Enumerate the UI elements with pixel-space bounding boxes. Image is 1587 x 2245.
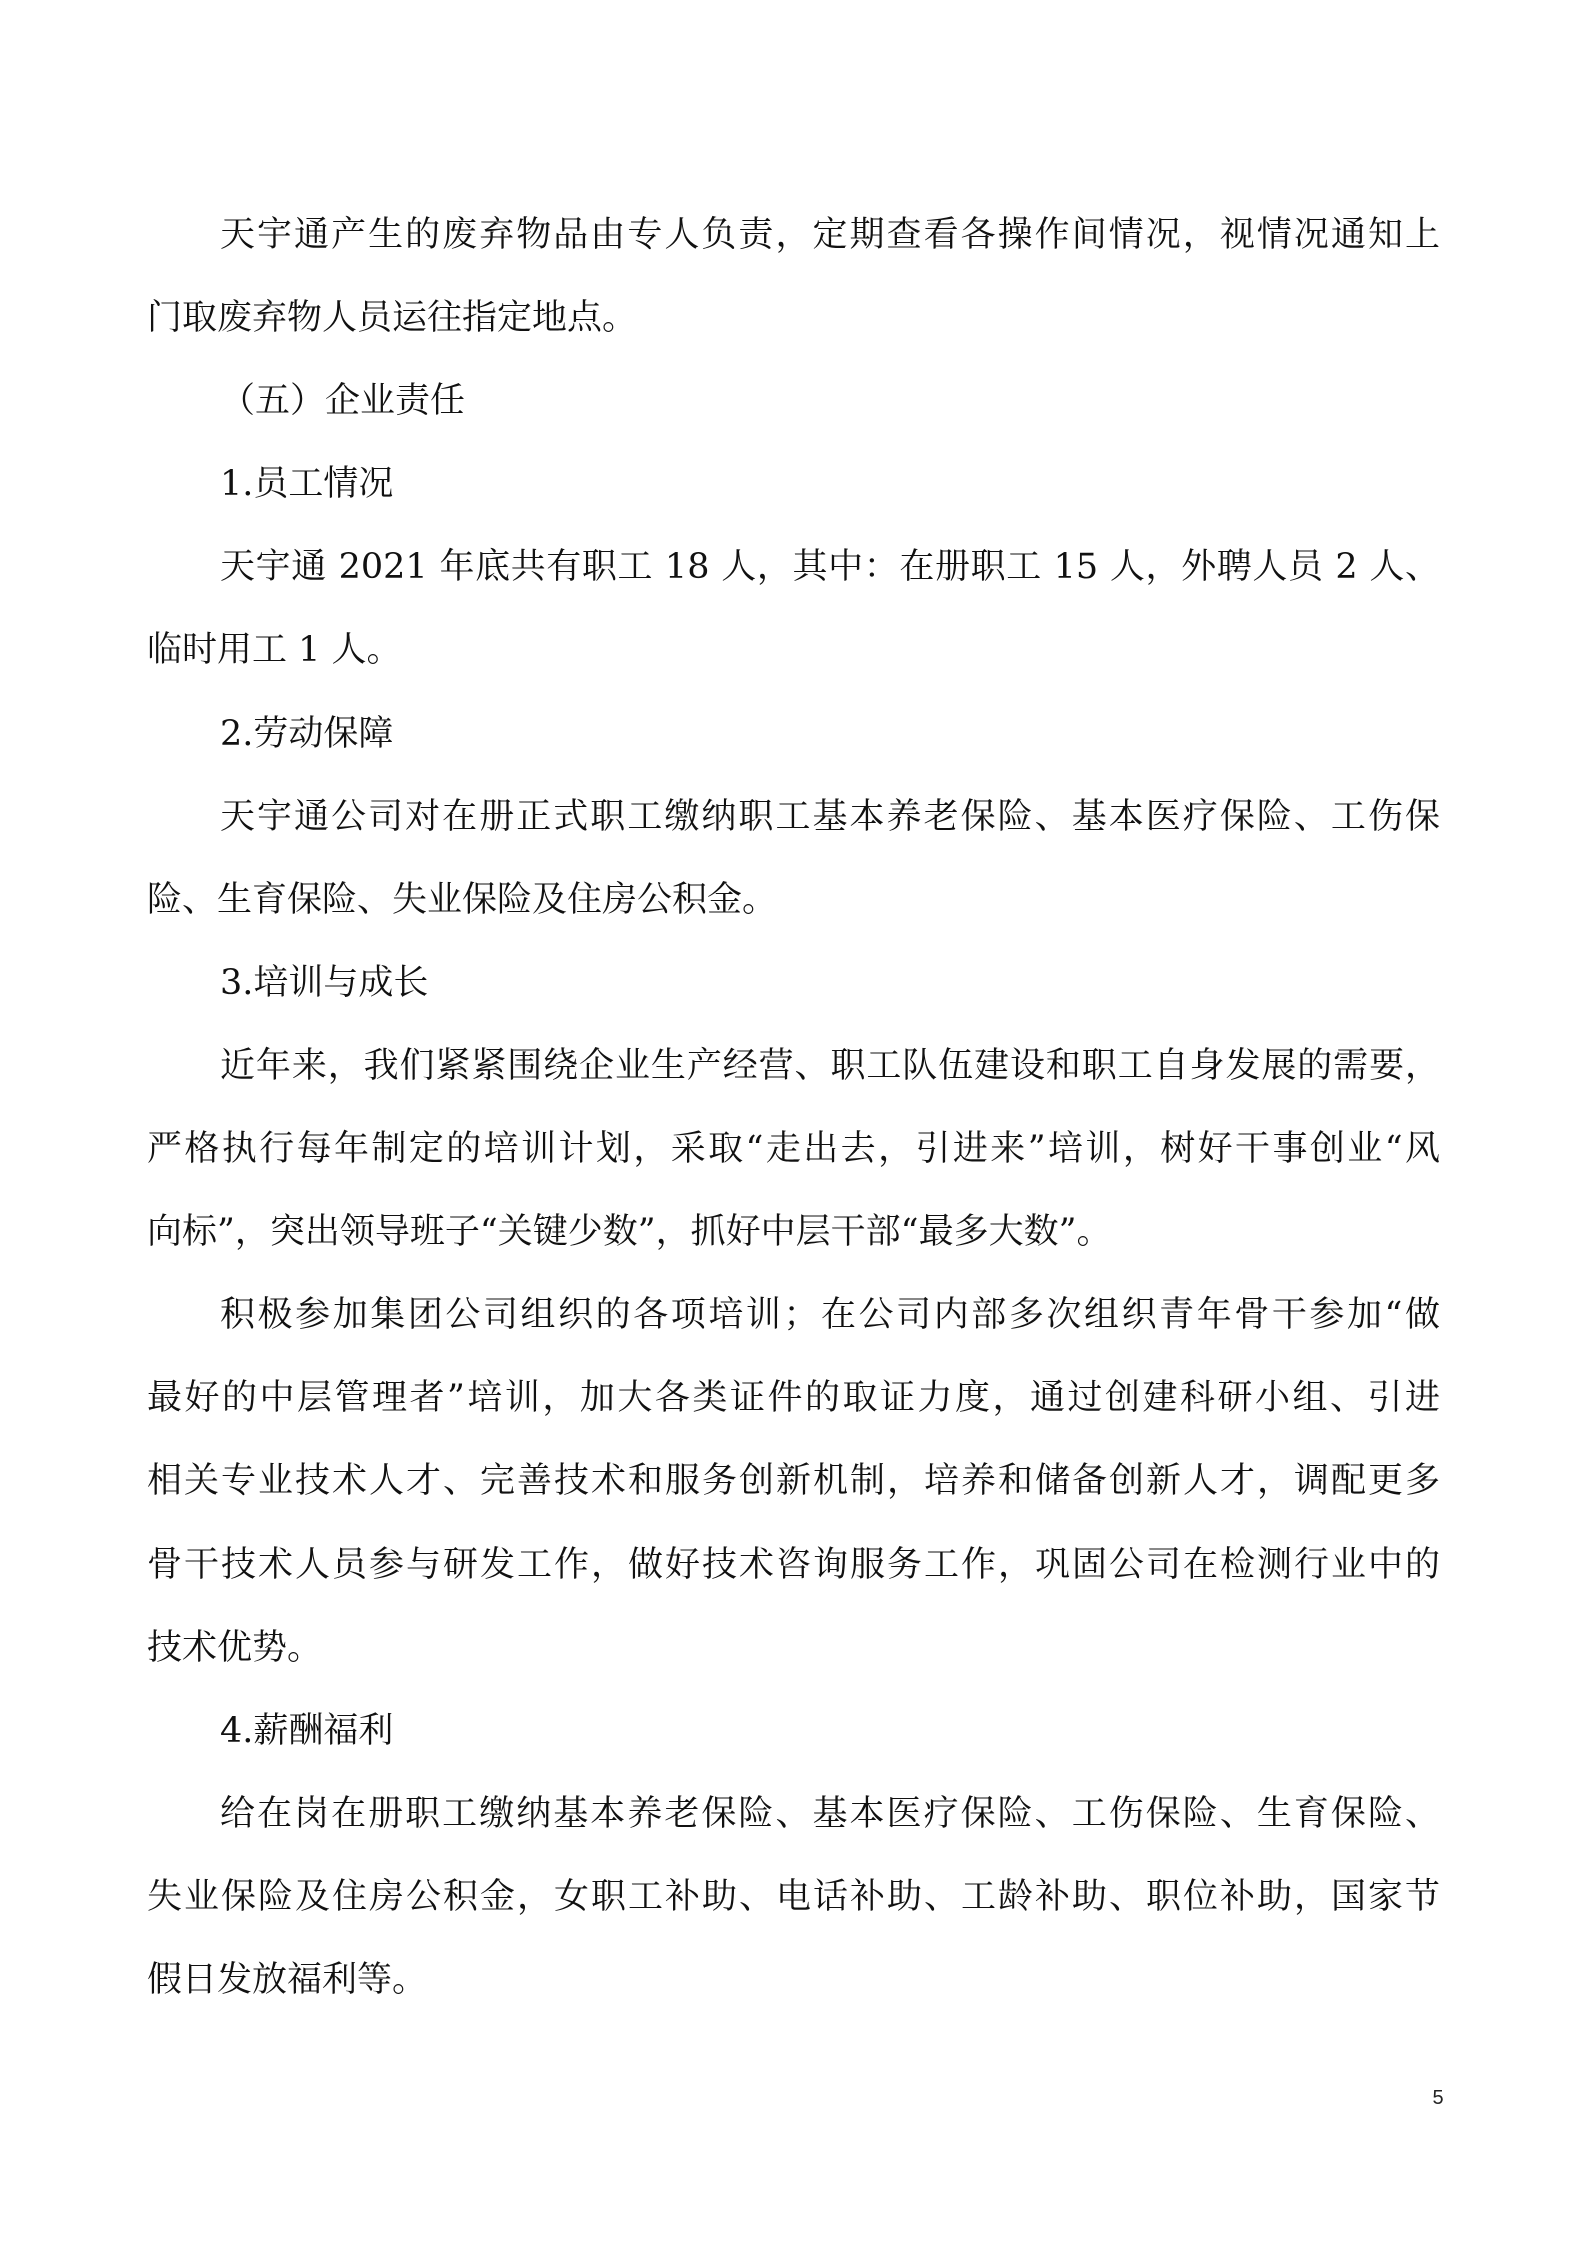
section-heading-enterprise-responsibility: （五）企业责任 bbox=[147, 360, 1440, 443]
paragraph-line: 骨干技术人员参与研发工作，做好技术咨询服务工作，巩固公司在检测行业中的 bbox=[147, 1524, 1440, 1607]
paragraph-line: 门取废弃物人员运往指定地点。 bbox=[147, 277, 1440, 360]
paragraph-line: 天宇通 2021 年底共有职工 18 人，其中：在册职工 15 人，外聘人员 2… bbox=[147, 526, 1440, 609]
paragraph-line: 临时用工 1 人。 bbox=[147, 609, 1440, 692]
paragraph-line: 向标”，突出领导班子“关键少数”，抓好中层干部“最多大数”。 bbox=[147, 1191, 1440, 1274]
document-page: 天宇通产生的废弃物品由专人负责，定期查看各操作间情况，视情况通知上 门取废弃物人… bbox=[0, 0, 1587, 2245]
subheading-labor-protection: 2.劳动保障 bbox=[147, 693, 1440, 776]
page-number: 5 bbox=[1428, 2084, 1448, 2112]
body-text: 天宇通产生的废弃物品由专人负责，定期查看各操作间情况，视情况通知上 门取废弃物人… bbox=[147, 194, 1440, 2022]
paragraph-line: 险、生育保险、失业保险及住房公积金。 bbox=[147, 859, 1440, 942]
paragraph-line: 相关专业技术人才、完善技术和服务创新机制，培养和储备创新人才，调配更多 bbox=[147, 1440, 1440, 1523]
paragraph-line: 严格执行每年制定的培训计划，采取“走出去，引进来”培训，树好干事创业“风 bbox=[147, 1108, 1440, 1191]
subheading-salary-benefits: 4.薪酬福利 bbox=[147, 1690, 1440, 1773]
paragraph-line: 技术优势。 bbox=[147, 1607, 1440, 1690]
paragraph-line: 天宇通产生的废弃物品由专人负责，定期查看各操作间情况，视情况通知上 bbox=[147, 194, 1440, 277]
paragraph-line: 失业保险及住房公积金，女职工补助、电话补助、工龄补助、职位补助，国家节 bbox=[147, 1856, 1440, 1939]
paragraph-line: 天宇通公司对在册正式职工缴纳职工基本养老保险、基本医疗保险、工伤保 bbox=[147, 776, 1440, 859]
paragraph-line: 近年来，我们紧紧围绕企业生产经营、职工队伍建设和职工自身发展的需要， bbox=[147, 1025, 1440, 1108]
paragraph-line: 积极参加集团公司组织的各项培训；在公司内部多次组织青年骨干参加“做 bbox=[147, 1274, 1440, 1357]
subheading-employee-status: 1.员工情况 bbox=[147, 443, 1440, 526]
paragraph-line: 假日发放福利等。 bbox=[147, 1939, 1440, 2022]
subheading-training-growth: 3.培训与成长 bbox=[147, 942, 1440, 1025]
paragraph-line: 最好的中层管理者”培训，加大各类证件的取证力度，通过创建科研小组、引进 bbox=[147, 1357, 1440, 1440]
paragraph-line: 给在岗在册职工缴纳基本养老保险、基本医疗保险、工伤保险、生育保险、 bbox=[147, 1773, 1440, 1856]
